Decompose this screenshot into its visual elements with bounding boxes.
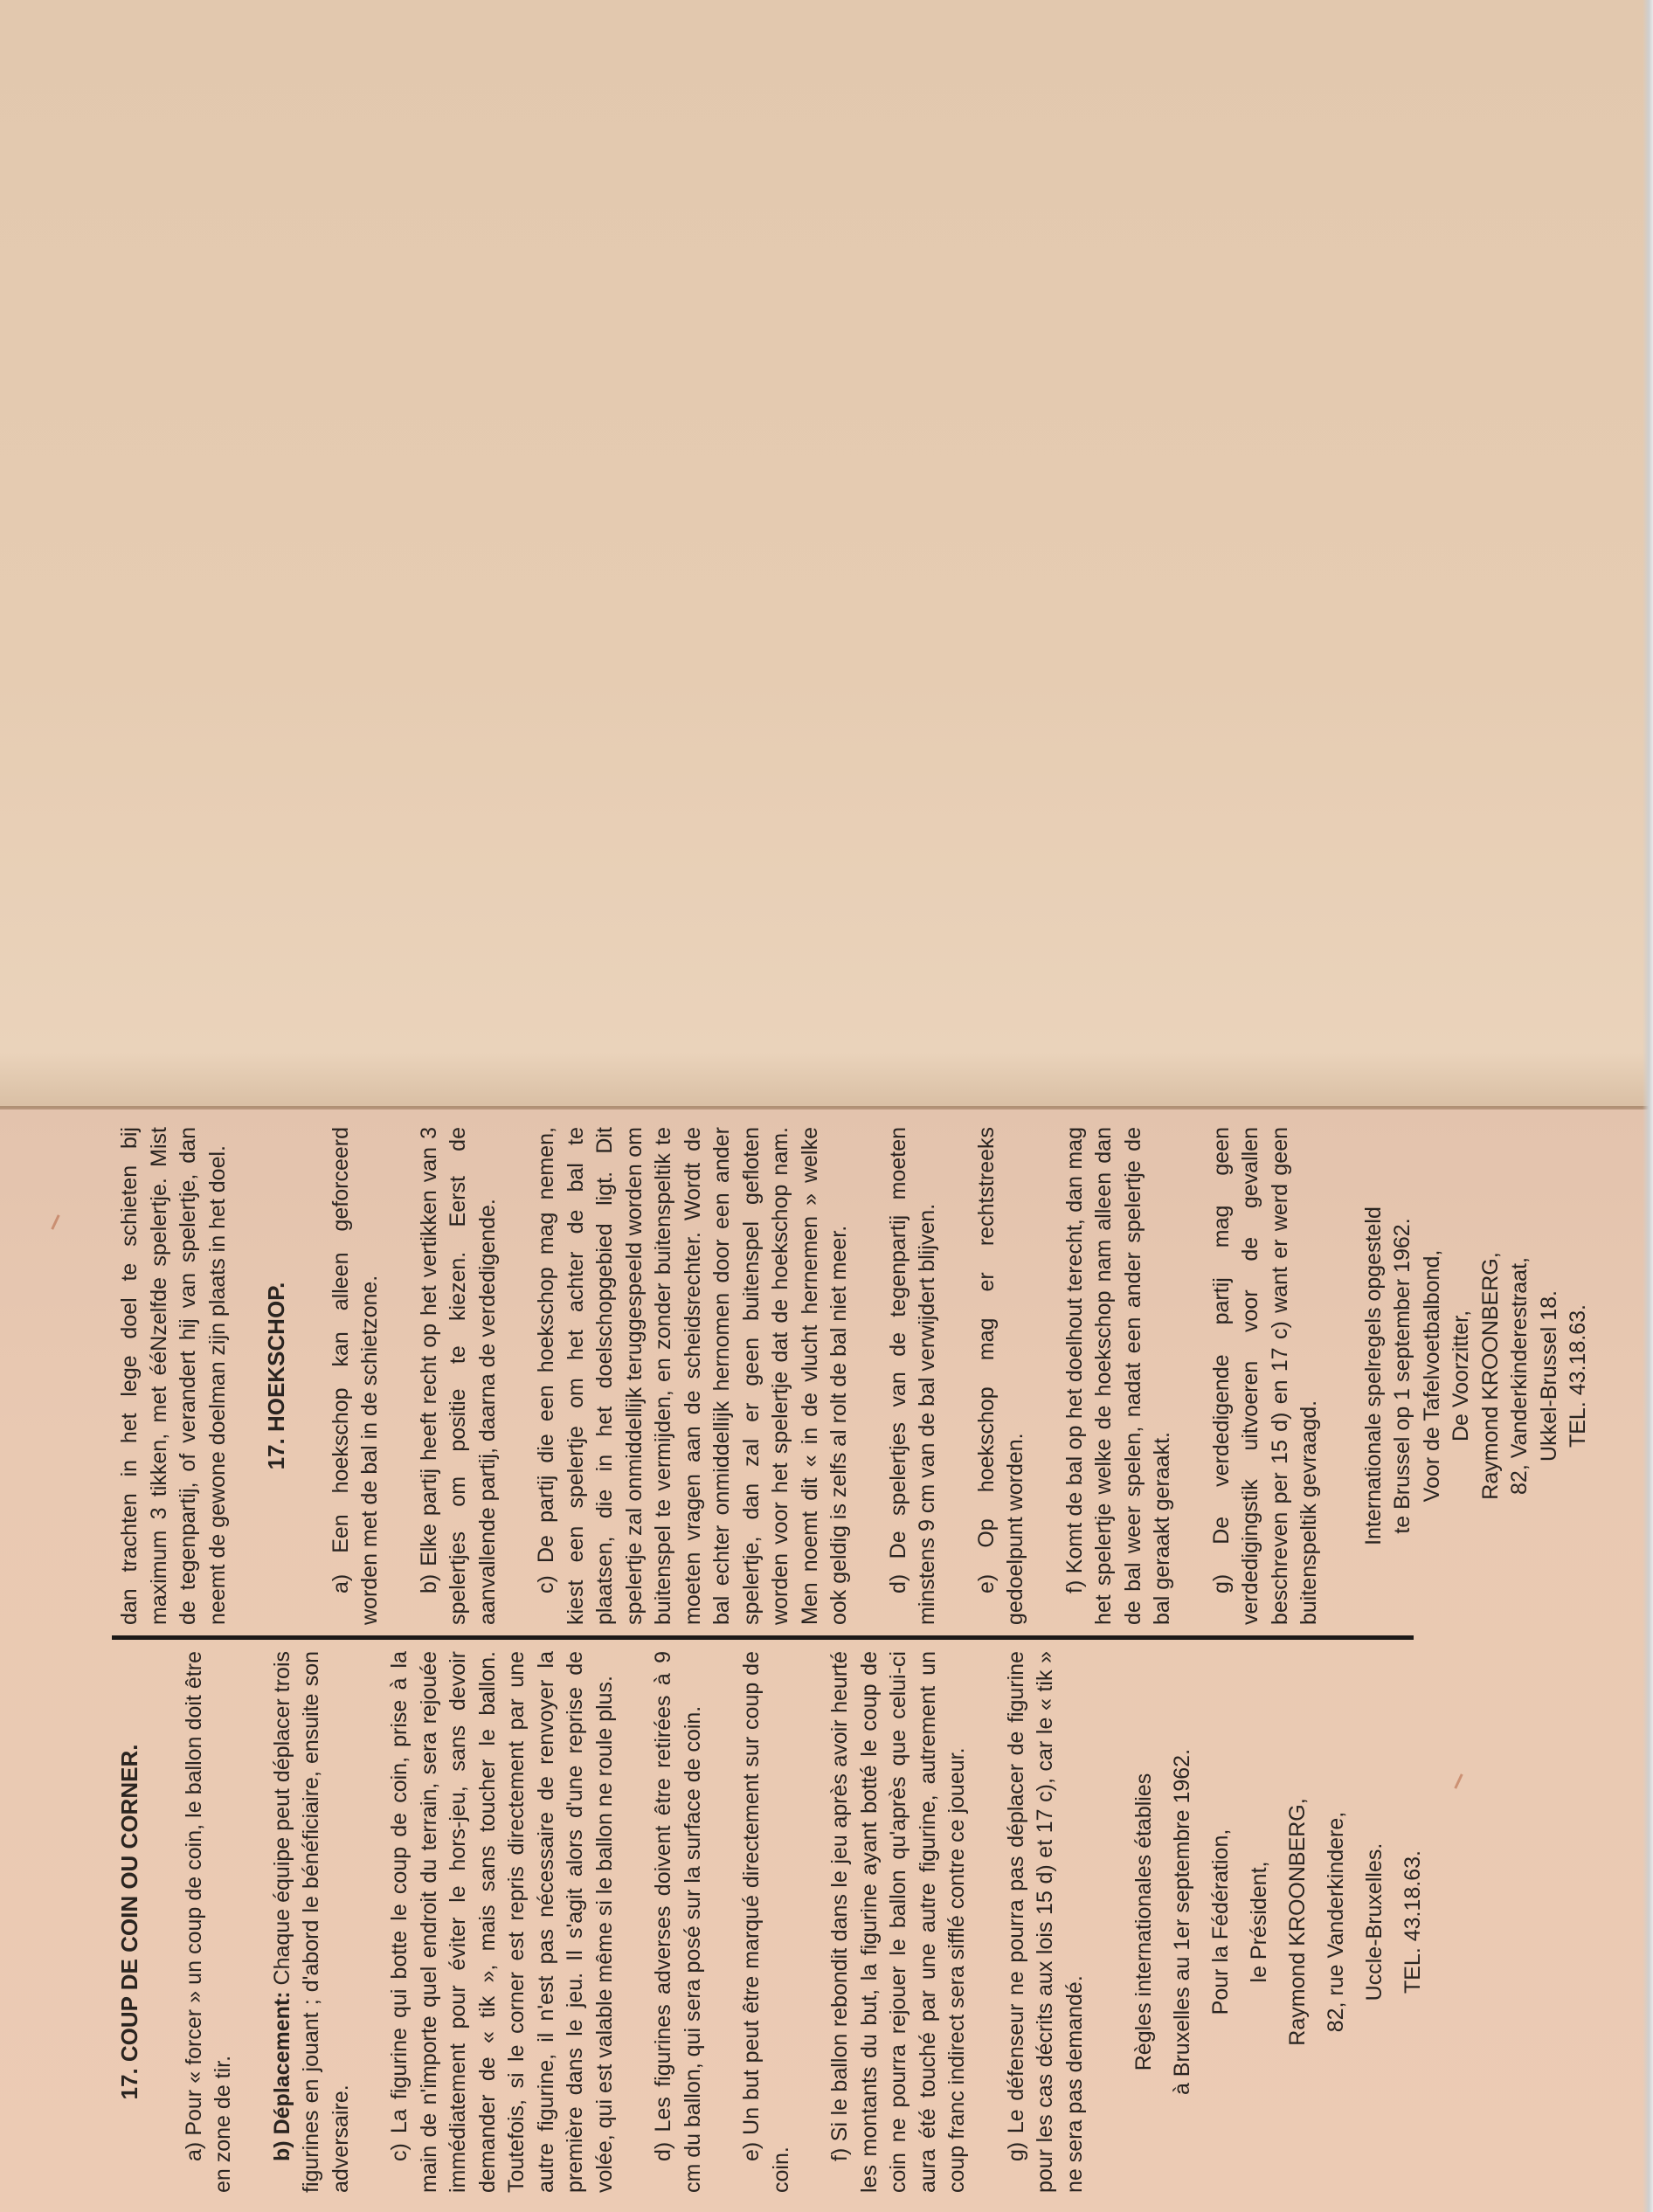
rule-text: d) Les figurines adverses doivent être r…: [651, 1651, 705, 2193]
dutch-heading: 17. HOEKSCHOP.: [262, 1127, 292, 1625]
french-rule-f: f) Si le ballon rebondit dans le jeu apr…: [826, 1651, 972, 2193]
signature-line: Internationale spelregels opgesteld: [1359, 1127, 1389, 1625]
french-rule-d: d) Les figurines adverses doivent être r…: [649, 1651, 708, 2193]
french-signature: Règles internationales établies à Bruxel…: [1124, 1651, 1432, 2193]
rule-text: a) Pour « forcer » un coup de coin, le b…: [182, 1651, 236, 2193]
french-rule-c: c) La figurine qui botte le coup de coin…: [385, 1651, 619, 2193]
signature-line: Voor de Tafelvoetbalbond,: [1418, 1127, 1448, 1625]
dutch-rule-b: b) Elke partij heeft recht op het vertik…: [415, 1127, 503, 1625]
signature-line: 82, rue Vanderkindere,: [1317, 1651, 1355, 2193]
french-heading: 17. COUP DE COIN OU CORNER.: [115, 1651, 145, 2193]
dutch-rule-f: f) Komt de bal op het doelhout terecht, …: [1061, 1127, 1178, 1625]
french-rule-g: g) Le défenseur ne pourra pas déplacer d…: [1002, 1651, 1090, 2193]
dutch-signature: Internationale spelregels opgesteld te B…: [1359, 1127, 1594, 1625]
signature-line: 82, Vanderkinderestraat,: [1505, 1127, 1535, 1625]
signature-line: Ukkel-Brussel 18.: [1535, 1127, 1565, 1625]
dutch-rule-c: c) De partij die een hoekschop mag nemen…: [532, 1127, 854, 1625]
dutch-rule-a: a) Een hoekschop kan alleen geforceerd w…: [327, 1127, 385, 1625]
french-rule-e: e) Un but peut être marqué directement s…: [737, 1651, 796, 2193]
signature-line: Raymond KROONBERG,: [1477, 1127, 1506, 1625]
blank-top-page: [0, 0, 1653, 1108]
dutch-rule-e: e) Op hoekschop mag er rechtstreeks gedo…: [972, 1127, 1031, 1625]
signature-line: Règles internationales établies: [1124, 1651, 1163, 2193]
rule-text: g) Le défenseur ne pourra pas déplacer d…: [1004, 1651, 1087, 2193]
signature-line: TEL. 43.18.63.: [1394, 1651, 1432, 2193]
dutch-rules-column: dan trachten in het lege doel te schiete…: [115, 1127, 1382, 1625]
rule-text: e) Un but peut être marqué directement s…: [739, 1651, 793, 2193]
signature-line: De Voorzitter,: [1447, 1127, 1477, 1625]
french-rule-a: a) Pour « forcer » un coup de coin, le b…: [180, 1651, 239, 2193]
dutch-intro-continuation: dan trachten in het lege doel te schiete…: [115, 1127, 232, 1625]
signature-line: le Président,: [1240, 1651, 1278, 2193]
signature-line: Raymond KROONBERG,: [1278, 1651, 1317, 2193]
column-divider-rule: [112, 1635, 1414, 1640]
signature-line: TEL. 43.18.63.: [1564, 1127, 1594, 1625]
signature-line: Uccle-Bruxelles.: [1355, 1651, 1394, 2193]
dutch-rule-d: d) De spelertjes van de tegenpartij moet…: [884, 1127, 943, 1625]
scan-edge-shadow: [1643, 0, 1653, 2212]
dutch-rule-g: g) De verdedigende partij mag geen verde…: [1207, 1127, 1324, 1625]
signature-line: à Bruxelles au 1er septembre 1962.: [1163, 1651, 1201, 2193]
french-rules-column: 17. COUP DE COIN OU CORNER. a) Pour « fo…: [115, 1651, 1382, 2193]
rule-label: b) Déplacement:: [270, 1991, 294, 2161]
rule-text: c) La figurine qui botte le coup de coin…: [387, 1651, 617, 2193]
rule-text: f) Si le ballon rebondit dans le jeu apr…: [827, 1651, 969, 2193]
signature-line: Pour la Fédération,: [1201, 1651, 1240, 2193]
signature-line: te Brussel op 1 september 1962.: [1388, 1127, 1418, 1625]
french-rule-b: b) Déplacement: Chaque équipe peut dépla…: [268, 1651, 356, 2193]
